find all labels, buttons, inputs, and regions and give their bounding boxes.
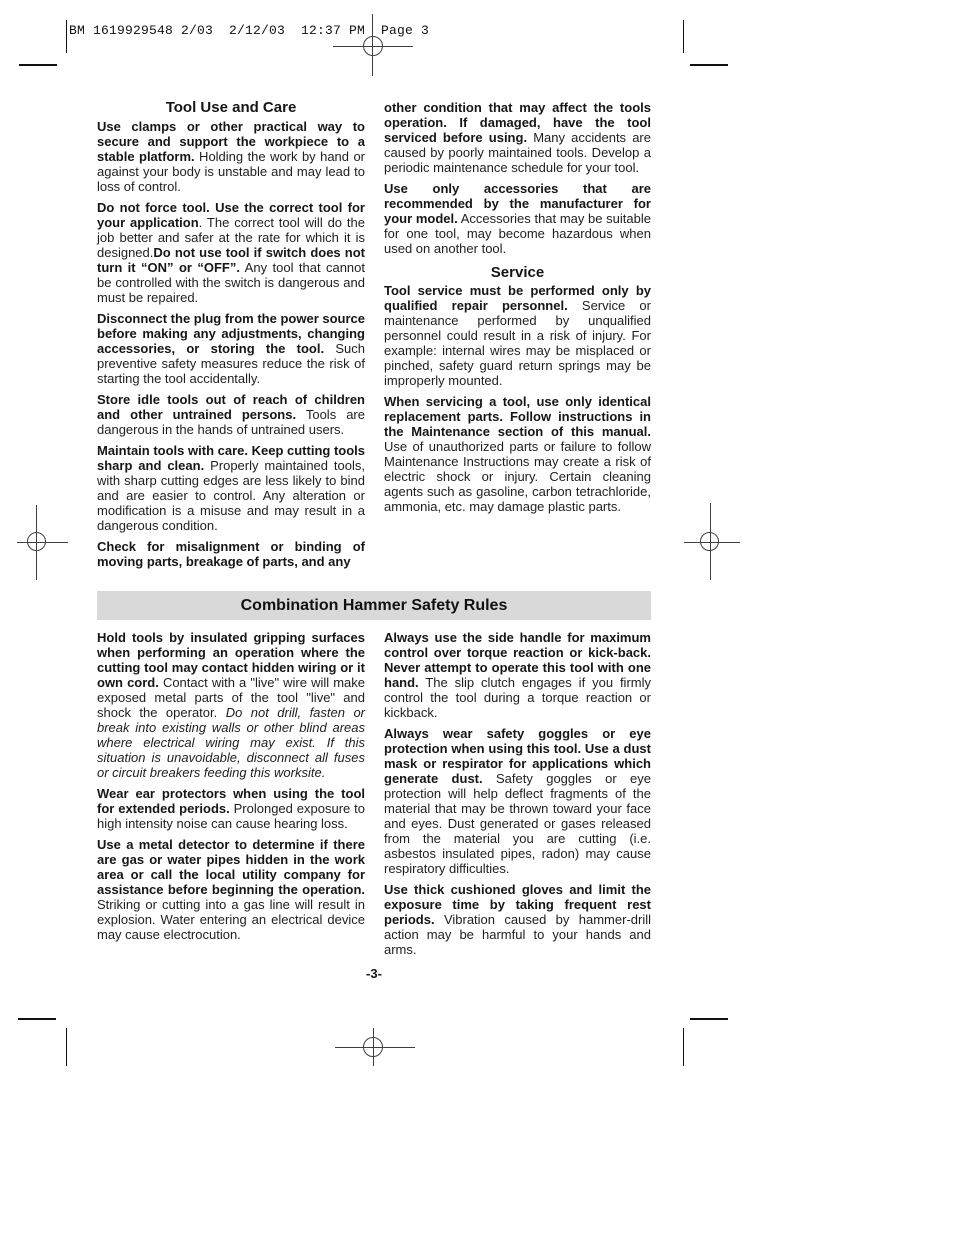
registration-mark-right-circle [700, 532, 719, 551]
crop-mark-top-right-horizontal [690, 64, 728, 66]
paragraph: Hold tools by insulated gripping surface… [97, 630, 365, 780]
paragraph: Use a metal detector to determine if the… [97, 837, 365, 942]
section-heading-tool-use-and-care: Tool Use and Care [97, 100, 365, 116]
crop-mark-top-left-horizontal [19, 64, 57, 66]
paragraph: Store idle tools out of reach of childre… [97, 392, 365, 437]
lower-columns: Hold tools by insulated gripping surface… [97, 630, 651, 963]
page-number: -3- [97, 966, 651, 981]
paragraph: Always wear safety goggles or eye protec… [384, 726, 651, 876]
crop-mark-top-right-vertical [683, 20, 684, 53]
crop-mark-bottom-right-horizontal [690, 1018, 728, 1020]
scanned-manual-page: BM 1619929548 2/03 2/12/03 12:37 PM Page… [0, 0, 954, 1235]
upper-columns: Tool Use and Care Use clamps or other pr… [97, 100, 651, 575]
upper-right-column: other condition that may affect the tool… [384, 100, 651, 575]
crop-mark-bottom-left-horizontal [18, 1018, 56, 1020]
registration-mark-top-circle [363, 36, 383, 56]
paragraph: Always use the side handle for maximum c… [384, 630, 651, 720]
page-content: Tool Use and Care Use clamps or other pr… [97, 100, 651, 1100]
paragraph: Use clamps or other practical way to sec… [97, 119, 365, 194]
paragraph: Do not force tool. Use the correct tool … [97, 200, 365, 305]
paragraph: other condition that may affect the tool… [384, 100, 651, 175]
paragraph: Check for misalignment or binding of mov… [97, 539, 365, 569]
crop-mark-top-left-vertical [66, 20, 67, 53]
paragraph: Use only accessories that are recommende… [384, 181, 651, 256]
paragraph: Disconnect the plug from the power sourc… [97, 311, 365, 386]
registration-mark-left-circle [27, 532, 46, 551]
crop-mark-bottom-left-vertical [66, 1028, 67, 1066]
paragraph: Wear ear protectors when using the tool … [97, 786, 365, 831]
crop-mark-bottom-right-vertical [683, 1028, 684, 1066]
lower-right-column: Always use the side handle for maximum c… [384, 630, 651, 963]
lower-left-column: Hold tools by insulated gripping surface… [97, 630, 365, 963]
banner-combination-hammer-safety-rules: Combination Hammer Safety Rules [97, 591, 651, 620]
paragraph: Tool service must be performed only by q… [384, 283, 651, 388]
upper-left-column: Tool Use and Care Use clamps or other pr… [97, 100, 365, 575]
paragraph: When servicing a tool, use only identica… [384, 394, 651, 514]
paragraph: Use thick cushioned gloves and limit the… [384, 882, 651, 957]
paragraph: Maintain tools with care. Keep cutting t… [97, 443, 365, 533]
section-heading-service: Service [384, 265, 651, 281]
